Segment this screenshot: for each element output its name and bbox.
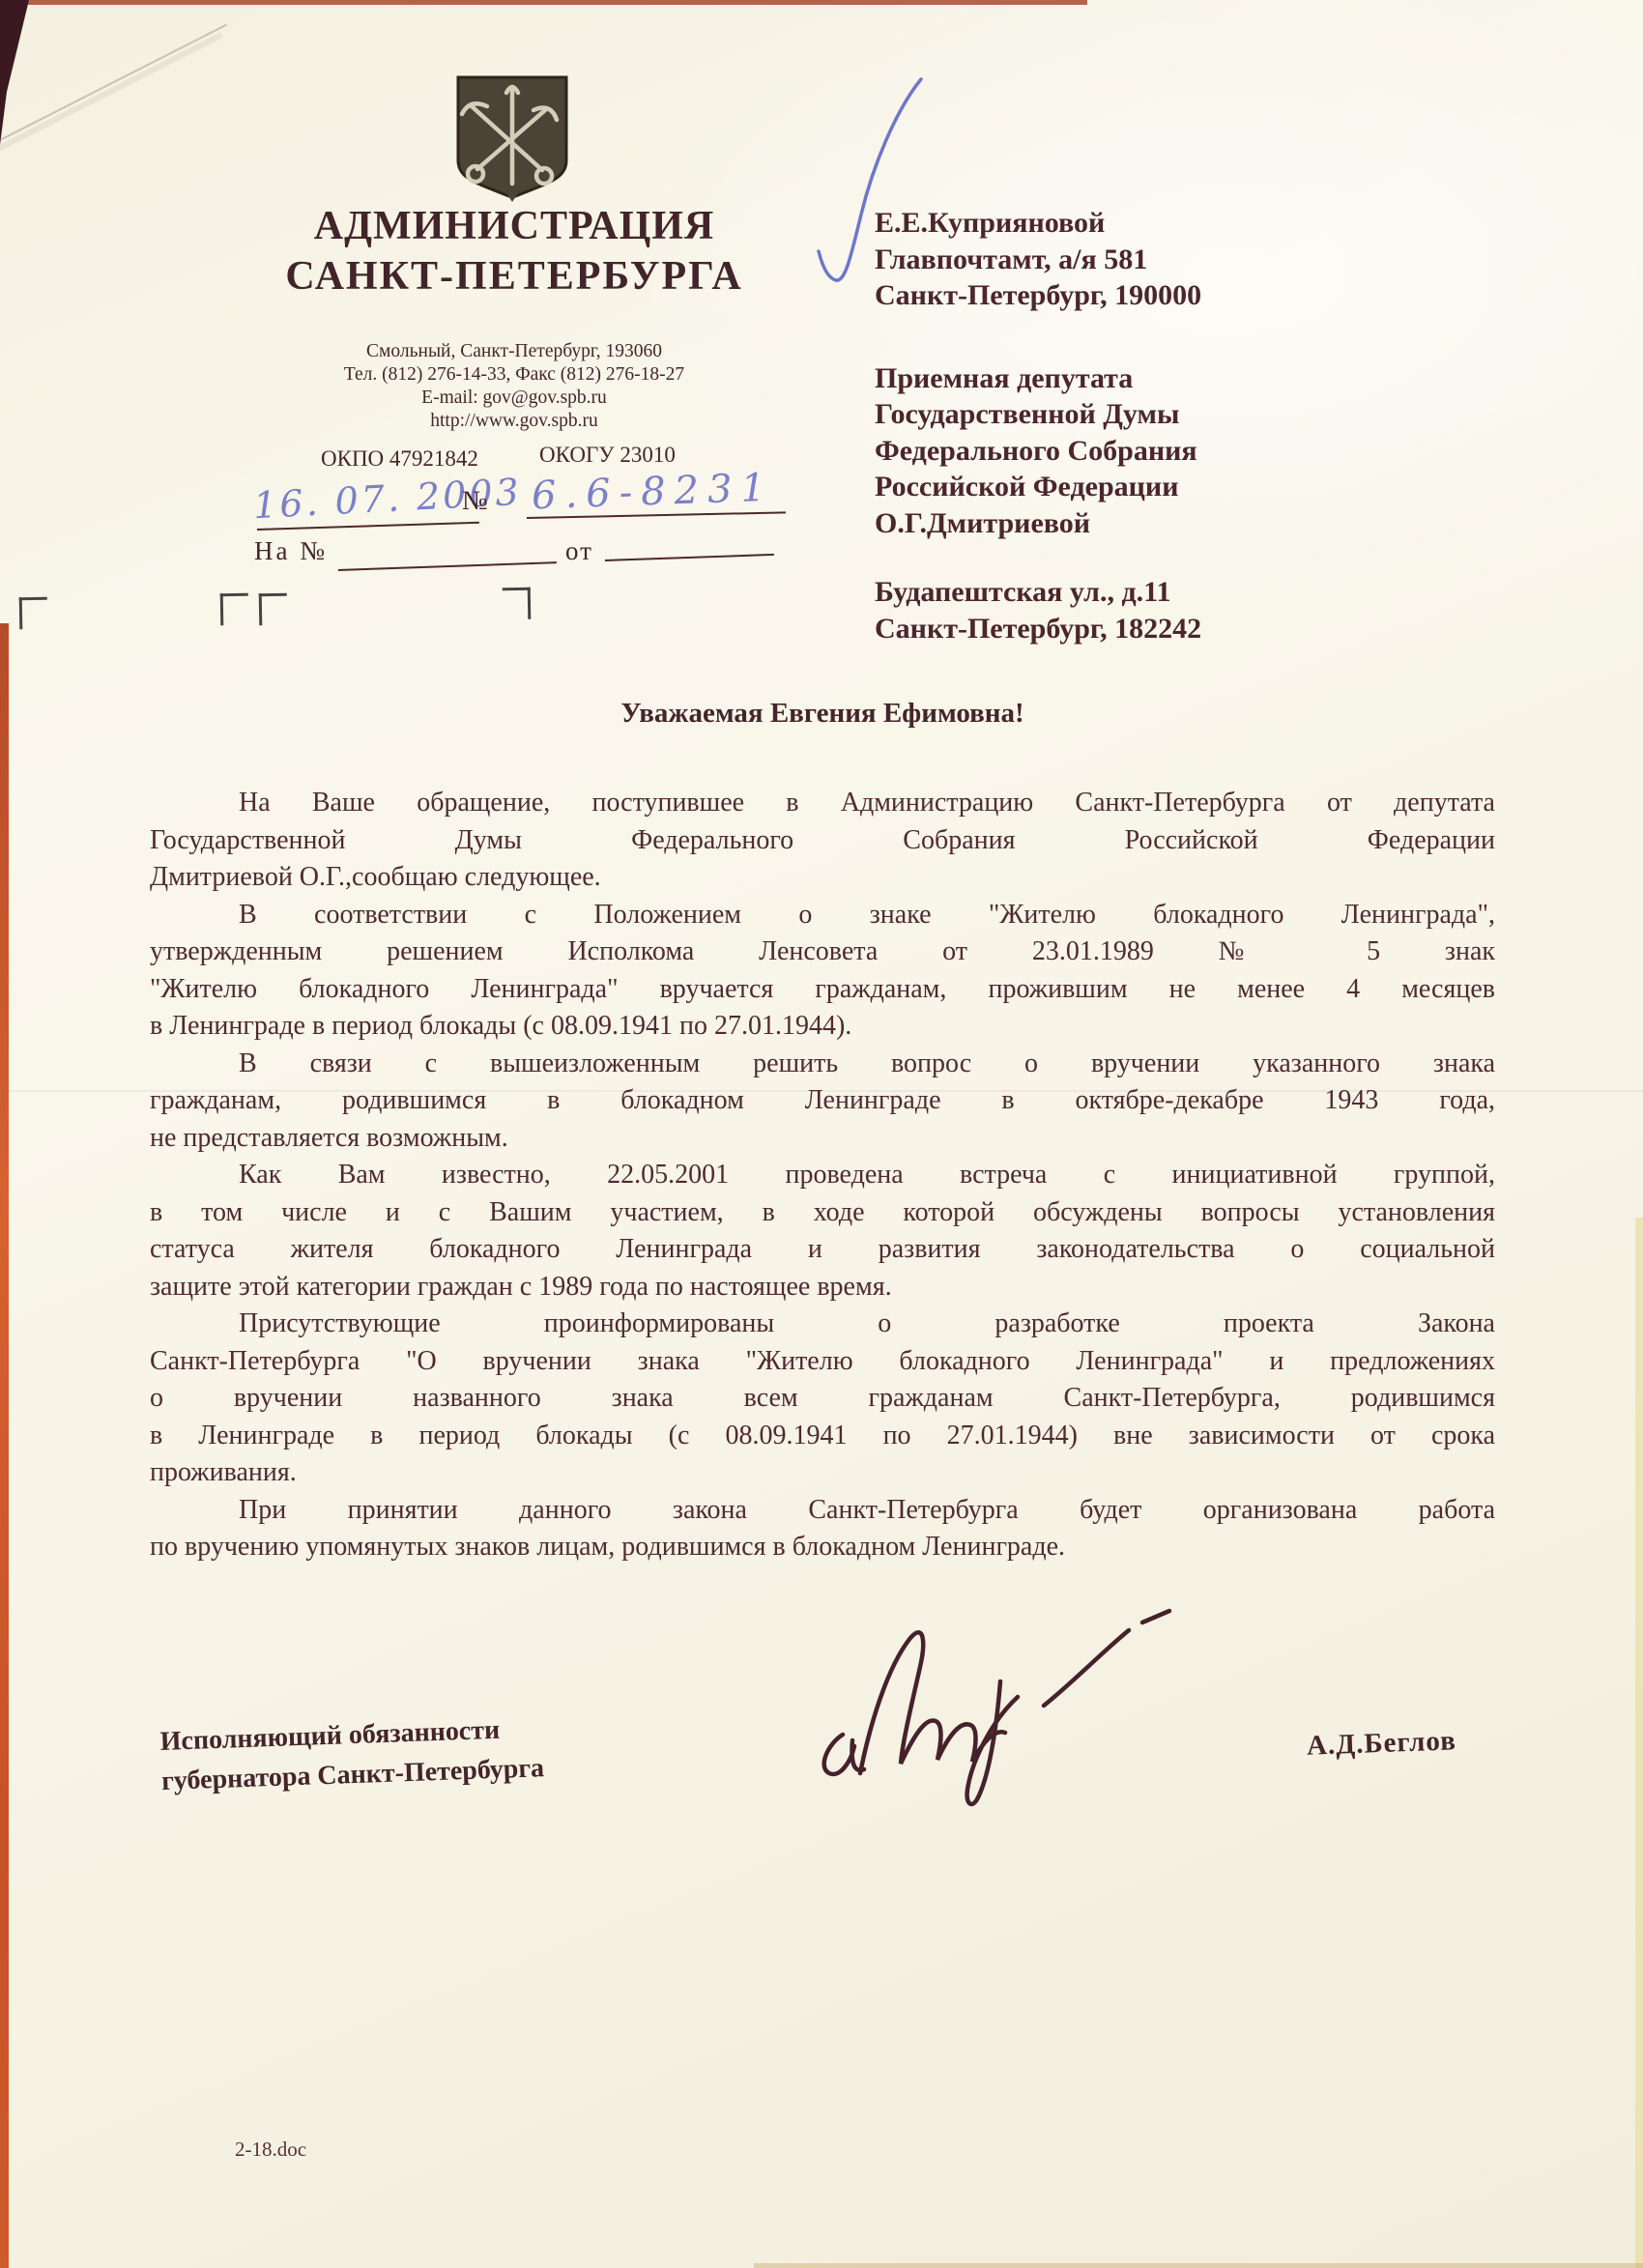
body-line: в Ленинграде в период блокады (с 08.09.1…	[150, 1418, 1495, 1455]
reception-line: Приемная депутата	[875, 360, 1339, 397]
addressee-line: Е.Е.Куприяновой	[875, 205, 1339, 242]
body-line: гражданам, родившимся в блокадном Ленинг…	[150, 1082, 1495, 1120]
letterhead-contact-block: Смольный, Санкт-Петербург, 193060 Тел. (…	[253, 340, 775, 433]
scan-edge-top	[0, 0, 1087, 5]
body-line: Присутствующие проинформированы о разраб…	[150, 1306, 1495, 1343]
scan-edge-right	[1635, 1218, 1643, 2268]
body-line: Как Вам известно, 22.05.2001 проведена в…	[150, 1157, 1495, 1194]
body-line: в Ленинграде в период блокады (с 08.09.1…	[150, 1008, 1495, 1046]
body-line: проживания.	[150, 1454, 1495, 1492]
contact-line: http://www.gov.spb.ru	[253, 410, 775, 433]
reception-group: Приемная депутата Государственной Думы Ф…	[875, 360, 1339, 542]
spb-coat-of-arms-icon	[452, 72, 572, 203]
body-line: "Жителю блокадного Ленинграда" вручается…	[150, 971, 1495, 1009]
scan-edge-bottom	[754, 2263, 1643, 2268]
scan-edge-left	[0, 623, 9, 2268]
signer-name: А.Д.Беглов	[1306, 1725, 1456, 1762]
body-line: не представляется возможным.	[150, 1120, 1495, 1158]
body-line: Государственной Думы Федерального Собран…	[150, 822, 1495, 860]
letterhead-org-name: АДМИНИСТРАЦИЯ САНКТ-ПЕТЕРБУРГА	[234, 201, 794, 301]
body-line: Санкт-Петербурга "О вручении знака "Жите…	[150, 1343, 1495, 1381]
contact-line: E-mail: gov@gov.spb.ru	[253, 387, 775, 410]
corner-mark	[503, 588, 532, 620]
body-line: В связи с вышеизложенным решить вопрос о…	[150, 1046, 1495, 1083]
letter-body: На Ваше обращение, поступившее в Админис…	[150, 785, 1495, 1566]
document-filename: 2-18.doc	[235, 2138, 306, 2162]
reception-line: Государственной Думы	[875, 396, 1339, 433]
okogu-code: ОКОГУ 23010	[539, 443, 676, 468]
addressee-group: Е.Е.Куприяновой Главпочтамт, а/я 581 Сан…	[875, 205, 1339, 314]
addressee-line: Санкт-Петербург, 190000	[875, 277, 1339, 314]
incoming-number-blank-line	[338, 561, 557, 571]
number-sign: №	[462, 486, 488, 517]
contact-line: Смольный, Санкт-Петербург, 193060	[253, 340, 775, 363]
salutation: Уважаемая Евгения Ефимовна!	[150, 698, 1495, 730]
addressee-line: Главпочтамт, а/я 581	[875, 242, 1339, 278]
ot-label: от	[565, 536, 593, 566]
contact-line: Тел. (812) 276-14-33, Факс (812) 276-18-…	[253, 363, 775, 387]
reception-line: Федерального Собрания	[875, 433, 1339, 470]
org-name-line1: АДМИНИСТРАЦИЯ	[234, 201, 794, 251]
body-line: В соответствии с Положением о знаке "Жит…	[150, 897, 1495, 934]
scanned-letter-page: АДМИНИСТРАЦИЯ САНКТ-ПЕТЕРБУРГА Смольный,…	[0, 0, 1643, 2268]
body-line: о вручении названного знака всем граждан…	[150, 1380, 1495, 1418]
na-no-label: На №	[254, 536, 328, 566]
recipient-block: Е.Е.Куприяновой Главпочтамт, а/я 581 Сан…	[875, 205, 1339, 646]
handwritten-signature	[802, 1590, 1247, 1841]
corner-mark	[259, 593, 288, 626]
paper-crease	[0, 23, 227, 142]
body-line: по вручению упомянутых знаков лицам, род…	[150, 1529, 1495, 1566]
body-line: Дмитриевой О.Г.,сообщаю следующее.	[150, 859, 1495, 897]
body-line: статуса жителя блокадного Ленинграда и р…	[150, 1231, 1495, 1269]
body-line: утвержденным решением Исполкома Ленсовет…	[150, 933, 1495, 971]
body-line: в том числе и с Вашим участием, в ходе к…	[150, 1194, 1495, 1232]
incoming-date-blank-line	[605, 554, 774, 561]
okpo-code: ОКПО 47921842	[321, 446, 478, 472]
org-name-line2: САНКТ-ПЕТЕРБУРГА	[234, 251, 794, 301]
signer-title: Исполняющий обязанности губернатора Санк…	[159, 1708, 545, 1801]
corner-mark	[220, 593, 249, 626]
reception-line: О.Г.Дмитриевой	[875, 505, 1339, 542]
address-line: Санкт-Петербург, 182242	[875, 611, 1339, 647]
handwritten-outgoing-number: 6.6-8231	[531, 466, 774, 519]
corner-mark	[19, 597, 48, 630]
reception-line: Российской Федерации	[875, 469, 1339, 505]
address-line: Будапештская ул., д.11	[875, 574, 1339, 611]
address-group: Будапештская ул., д.11 Санкт-Петербург, …	[875, 574, 1339, 646]
body-line: При принятии данного закона Санкт-Петерб…	[150, 1492, 1495, 1530]
paper-crease	[0, 32, 223, 152]
body-line: На Ваше обращение, поступившее в Админис…	[150, 785, 1495, 822]
body-line: защите этой категории граждан с 1989 год…	[150, 1269, 1495, 1306]
